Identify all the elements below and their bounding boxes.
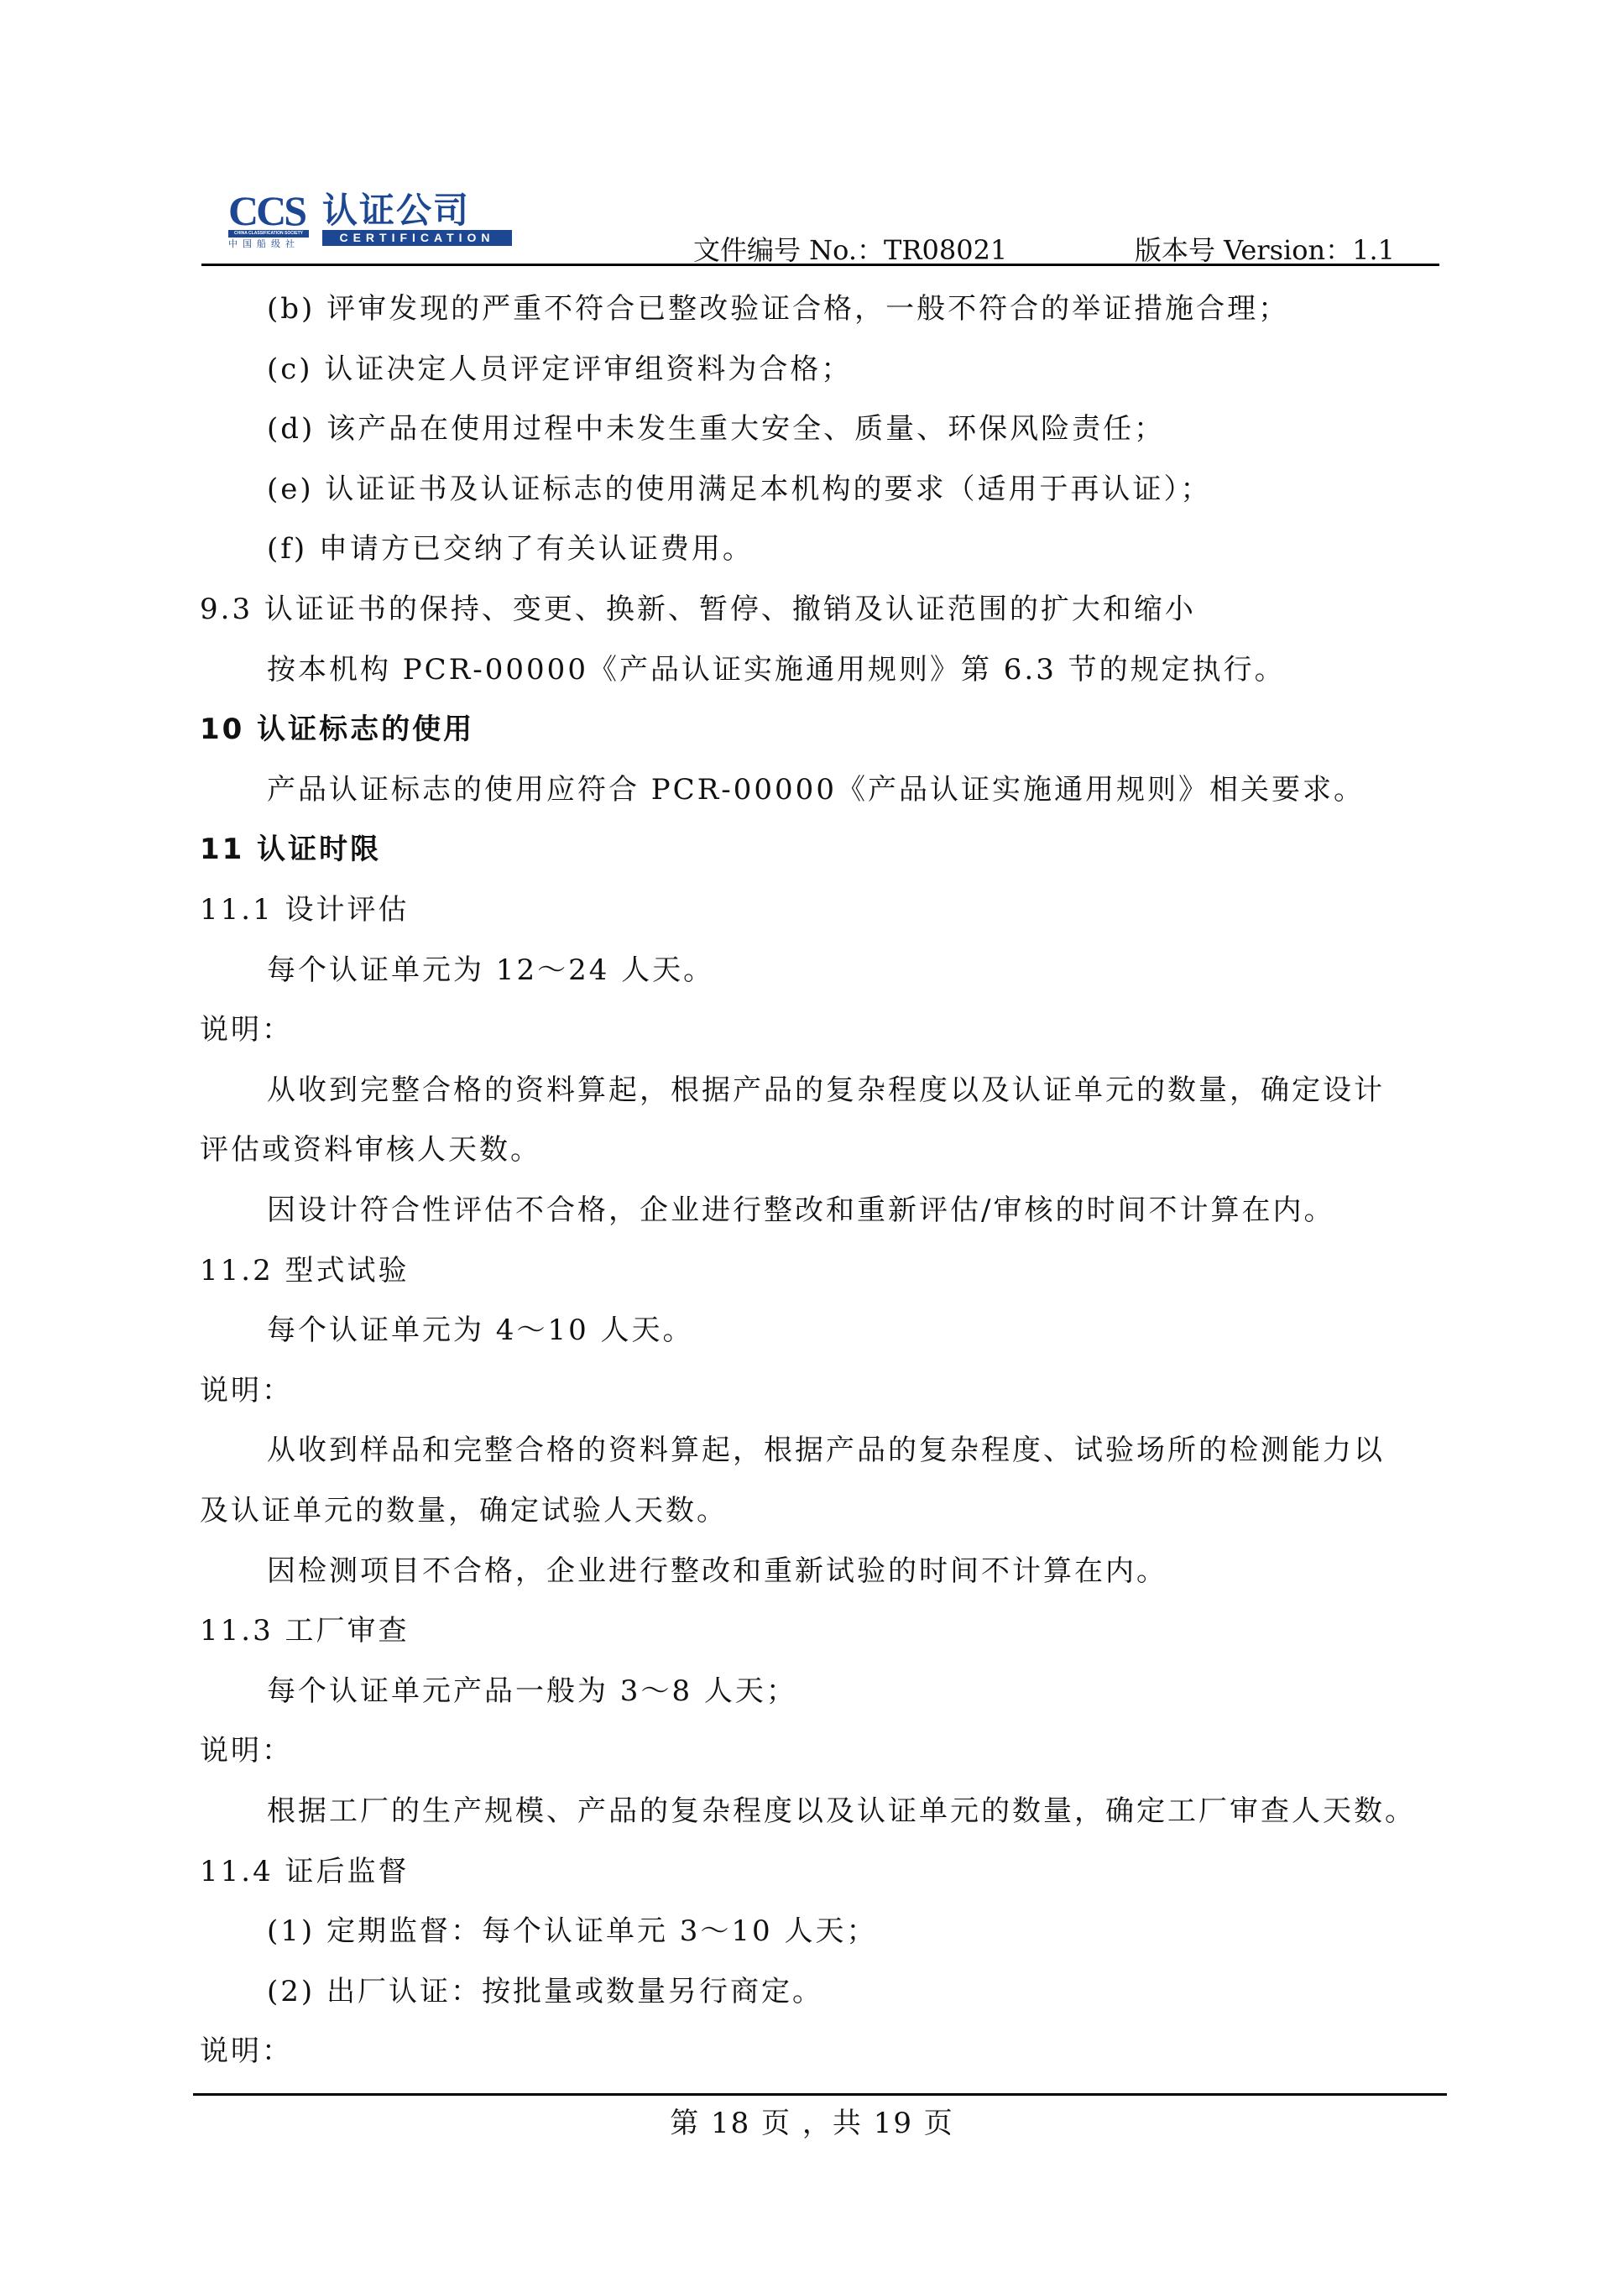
- body-line: 11.3 工厂审查: [200, 1612, 410, 1649]
- body-line: 每个认证单元产品一般为 3～8 人天；: [267, 1673, 797, 1710]
- body-line: 根据工厂的生产规模、产品的复杂程度以及认证单元的数量，确定工厂审查人天数。: [267, 1793, 1416, 1830]
- body-line: 及认证单元的数量，确定试验人天数。: [200, 1492, 728, 1529]
- body-line: 因检测项目不合格，企业进行整改和重新试验的时间不计算在内。: [267, 1553, 1167, 1590]
- body-line: (2) 出厂认证：按批量或数量另行商定。: [267, 1973, 823, 2010]
- body-line: 按本机构 PCR-00000《产品认证实施通用规则》第 6.3 节的规定执行。: [267, 651, 1286, 688]
- logo-ccs-mark: CCS: [228, 191, 305, 230]
- body-line: 说明：: [200, 1372, 293, 1409]
- body-line: 9.3 认证证书的保持、变更、换新、暂停、撤销及认证范围的扩大和缩小: [200, 591, 1196, 628]
- body-line: 因设计符合性评估不合格，企业进行整改和重新评估/审核的时间不计算在内。: [267, 1192, 1334, 1229]
- document-number: 文件编号 No.：TR08021: [693, 233, 1007, 267]
- logo-ccs-subtitle: CHINA CLASSIFICATION SOCIETY: [228, 230, 309, 238]
- body-line: 11.1 设计评估: [200, 891, 410, 928]
- body-line: 从收到完整合格的资料算起，根据产品的复杂程度以及认证单元的数量，确定设计: [267, 1072, 1385, 1109]
- body-line: (d) 该产品在使用过程中未发生重大安全、质量、环保风险责任；: [267, 410, 1165, 447]
- section-heading: 10 认证标志的使用: [200, 711, 474, 748]
- body-line: 说明：: [200, 2033, 293, 2070]
- body-line: 说明：: [200, 1011, 293, 1048]
- body-line: (1) 定期监督：每个认证单元 3～10 人天；: [267, 1913, 877, 1950]
- body-line: 产品认证标志的使用应符合 PCR-00000《产品认证实施通用规则》相关要求。: [267, 771, 1365, 808]
- logo-ccs-cn: 中国船级社: [228, 238, 309, 249]
- page-number: 第 18 页 ，共 19 页: [0, 2105, 1624, 2142]
- body-line: 11.4 证后监督: [200, 1853, 410, 1890]
- body-line: 说明：: [200, 1732, 293, 1769]
- footer-divider: [193, 2093, 1447, 2096]
- body-line: (e) 认证证书及认证标志的使用满足本机构的要求（适用于再认证）；: [267, 471, 1211, 508]
- logo-company-cn: 认证公司: [322, 191, 470, 230]
- body-line: (f) 申请方已交纳了有关认证费用。: [267, 530, 754, 567]
- body-line: 11.2 型式试验: [200, 1252, 410, 1289]
- section-heading: 11 认证时限: [200, 831, 381, 868]
- document-version: 版本号 Version：1.1: [1135, 233, 1395, 267]
- ccs-certification-logo: CCS CHINA CLASSIFICATION SOCIETY 中国船级社 认…: [228, 191, 522, 250]
- header-divider: [201, 264, 1439, 266]
- body-line: (c) 认证决定人员评定评审组资料为合格；: [267, 351, 852, 388]
- body-line: (b) 评审发现的严重不符合已整改验证合格，一般不符合的举证措施合理；: [267, 290, 1289, 327]
- body-line: 评估或资料审核人天数。: [200, 1131, 541, 1168]
- logo-company-en: CERTIFICATION: [322, 230, 512, 246]
- body-line: 每个认证单元为 12～24 人天。: [267, 952, 714, 989]
- body-line: 从收到样品和完整合格的资料算起，根据产品的复杂程度、试验场所的检测能力以: [267, 1432, 1385, 1469]
- body-line: 每个认证单元为 4～10 人天。: [267, 1312, 694, 1349]
